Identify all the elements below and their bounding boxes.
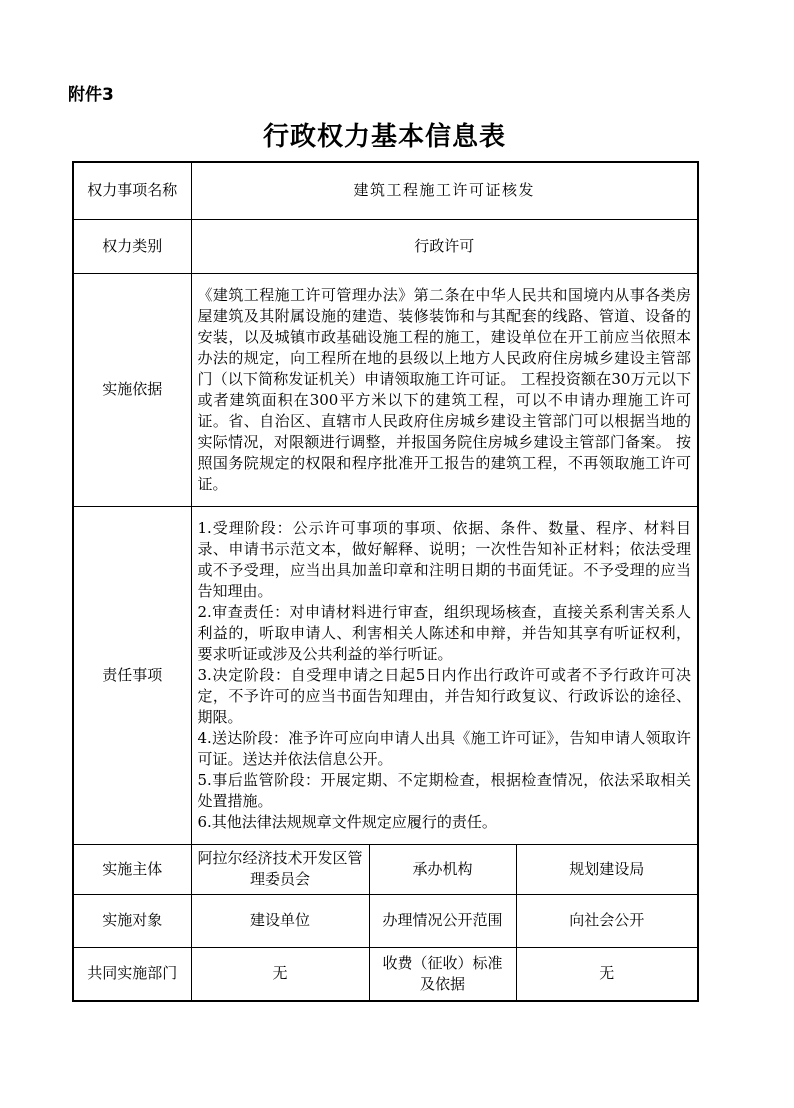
responsibility-item-5: 5.事后监管阶段：开展定期、不定期检查，根据检查情况，依法采取相关处置措施。 (198, 770, 692, 812)
row-label-power-category: 权力类别 (73, 219, 191, 273)
table-row-joint-implementation-department: 共同实施部门 无 收费（征收）标准及依据 无 (73, 947, 698, 1001)
table-row-power-item-name: 权力事项名称 建筑工程施工许可证核发 (73, 162, 698, 219)
row-value-fee-standard-basis: 无 (516, 947, 698, 1001)
responsibility-item-4: 4.送达阶段：准予许可应向申请人出具《施工许可证》，告知申请人领取许可证。送达并… (198, 728, 692, 770)
responsibility-item-6: 6.其他法律法规规章文件规定应履行的责任。 (198, 812, 692, 833)
document-page: 附件3 行政权力基本信息表 权力事项名称 建筑工程施工许可证核发 权力类别 行政… (0, 0, 794, 1108)
row-label-implementing-body: 实施主体 (73, 844, 191, 894)
row-value-implementation-basis: 《建筑工程施工许可管理办法》第二条在中华人民共和国境内从事各类房屋建筑及其附属设… (191, 273, 698, 506)
page-title: 行政权力基本信息表 (72, 116, 697, 153)
row-label-disclosure-scope: 办理情况公开范围 (369, 894, 516, 947)
row-value-responsibility-items: 1.受理阶段：公示许可事项的事项、依据、条件、数量、程序、材料目录、申请书示范文… (191, 506, 698, 844)
row-value-undertaking-agency: 规划建设局 (516, 844, 698, 894)
table-row-implementation-target: 实施对象 建设单位 办理情况公开范围 向社会公开 (73, 894, 698, 947)
row-value-implementation-target: 建设单位 (191, 894, 369, 947)
row-label-fee-standard-basis: 收费（征收）标准及依据 (369, 947, 516, 1001)
table-row-responsibility-items: 责任事项 1.受理阶段：公示许可事项的事项、依据、条件、数量、程序、材料目录、申… (73, 506, 698, 844)
responsibility-item-3: 3.决定阶段：自受理申请之日起5日内作出行政许可或者不予行政许可决定，不予许可的… (198, 665, 692, 728)
row-label-undertaking-agency: 承办机构 (369, 844, 516, 894)
table-row-implementing-body: 实施主体 阿拉尔经济技术开发区管理委员会 承办机构 规划建设局 (73, 844, 698, 894)
row-value-implementing-body: 阿拉尔经济技术开发区管理委员会 (191, 844, 369, 894)
row-value-disclosure-scope: 向社会公开 (516, 894, 698, 947)
responsibility-item-1: 1.受理阶段：公示许可事项的事项、依据、条件、数量、程序、材料目录、申请书示范文… (198, 518, 692, 602)
row-label-joint-implementation-department: 共同实施部门 (73, 947, 191, 1001)
row-value-power-category: 行政许可 (191, 219, 698, 273)
row-label-implementation-target: 实施对象 (73, 894, 191, 947)
info-table: 权力事项名称 建筑工程施工许可证核发 权力类别 行政许可 实施依据 《建筑工程施… (72, 161, 699, 1002)
row-label-implementation-basis: 实施依据 (73, 273, 191, 506)
row-value-power-item-name: 建筑工程施工许可证核发 (191, 162, 698, 219)
responsibility-item-2: 2.审查责任：对申请材料进行审查，组织现场核查，直接关系利害关系人利益的，听取申… (198, 602, 692, 665)
table-row-power-category: 权力类别 行政许可 (73, 219, 698, 273)
row-label-responsibility-items: 责任事项 (73, 506, 191, 844)
table-row-implementation-basis: 实施依据 《建筑工程施工许可管理办法》第二条在中华人民共和国境内从事各类房屋建筑… (73, 273, 698, 506)
row-label-power-item-name: 权力事项名称 (73, 162, 191, 219)
row-value-joint-implementation-department: 无 (191, 947, 369, 1001)
attachment-label: 附件3 (68, 80, 114, 105)
